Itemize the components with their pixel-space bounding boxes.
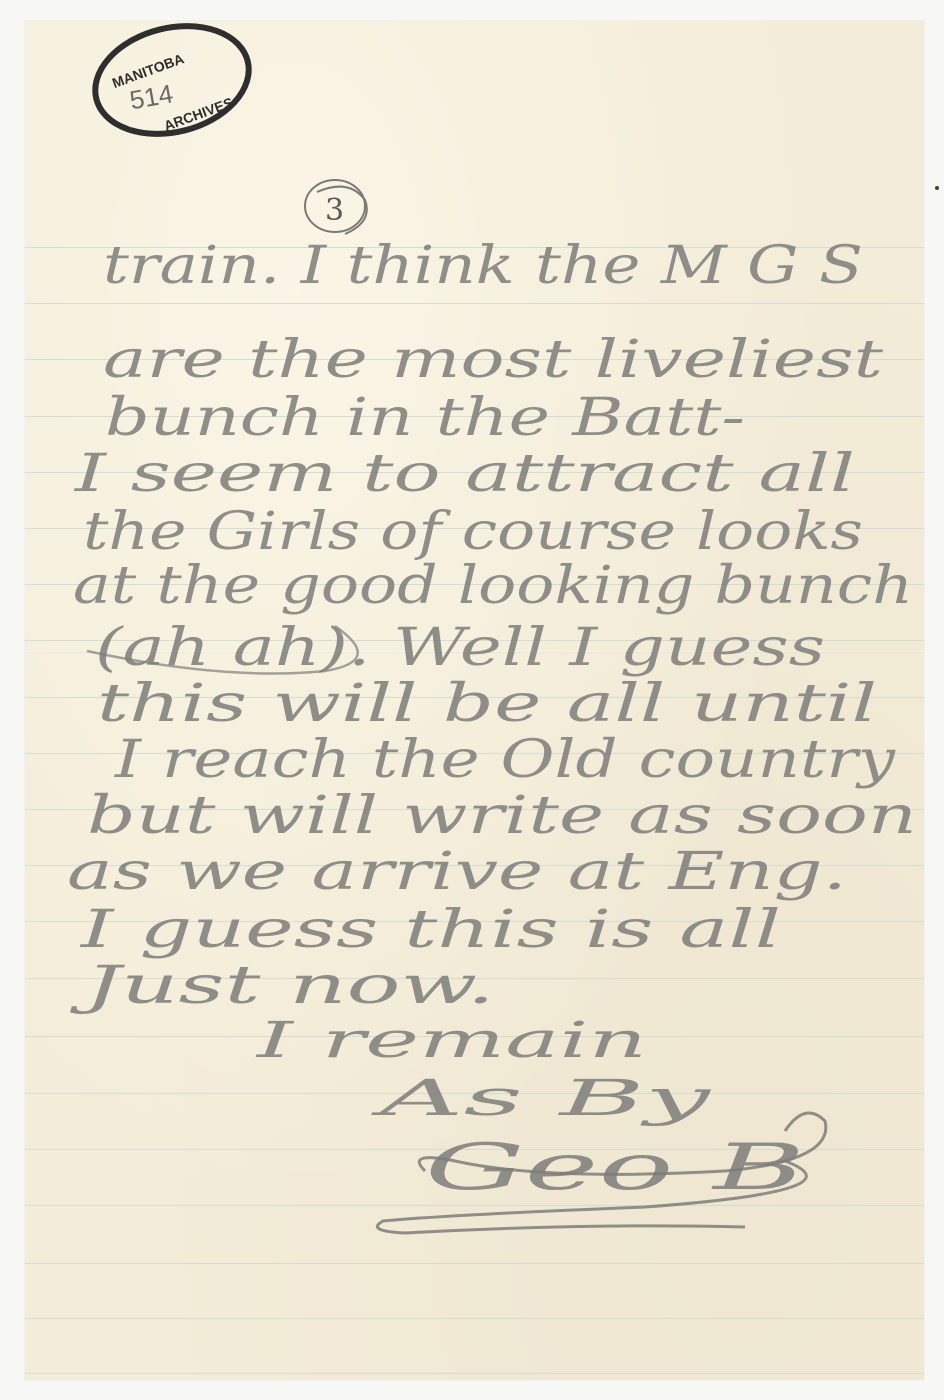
letter-line-4: I seem to attract all — [73, 444, 855, 504]
closing-line-2: As By — [371, 1069, 712, 1127]
letter-line-12: I guess this is all — [79, 900, 781, 960]
letter-line-8: this will be all until — [97, 674, 877, 734]
handwriting: train. I think the M G S are the most li… — [25, 21, 924, 1380]
letter-line-10: but will write as soon — [87, 786, 917, 846]
edge-speck — [935, 186, 939, 190]
letter-page: MANITOBA 514 ARCHIVES 3 train. I think t… — [25, 21, 924, 1380]
letter-line-5: the Girls of course looks — [83, 502, 863, 562]
letter-line-13: Just now. — [70, 956, 495, 1016]
letter-line-1: train. I think the M G S — [103, 236, 863, 296]
letter-line-6: at the good looking bunch — [73, 556, 913, 616]
letter-line-9: I reach the Old country — [114, 730, 896, 790]
letter-line-3: bunch in the Batt- — [105, 388, 745, 448]
closing-line-1: I remain — [255, 1011, 647, 1069]
letter-line-11: as we arrive at Eng. — [67, 842, 847, 902]
letter-line-2: are the most liveliest — [103, 330, 883, 390]
